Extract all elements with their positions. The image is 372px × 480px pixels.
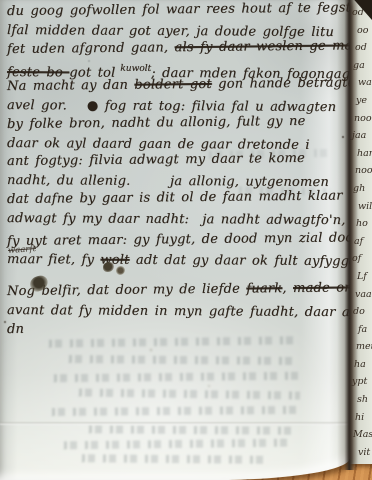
bleed-through-line xyxy=(85,425,295,434)
adjacent-line-fragment: ham xyxy=(357,145,372,163)
adjacent-line-fragment: ho xyxy=(356,215,372,233)
adjacent-line-fragment: ward xyxy=(358,74,372,92)
handwritten-text: adwagt fy my daar nadht: ja nadht adwagt… xyxy=(7,211,350,228)
paper-fold-crease xyxy=(0,422,348,425)
open-book-photo: odooodgawardyenoorjaahamnoorghwilhhoafof… xyxy=(0,0,372,480)
manuscript-line: fet uden afgrond gaan, als fy daar wesle… xyxy=(7,37,345,59)
manuscript-line: du goog gofwollen fol waar rees hout af … xyxy=(7,0,345,22)
adjacent-line-fragment: vit xyxy=(358,444,372,462)
handwritten-text: , xyxy=(282,281,293,296)
handwritten-text: dat dafne by gaar is dit ol de faan madh… xyxy=(7,188,343,207)
adjacent-line-fragment: sh xyxy=(357,391,372,409)
manuscript-line: Na macht ay dan boldert got gon hande be… xyxy=(7,75,345,97)
manuscript-line: fy uyt aret maar: gy fuygt, de dood myn … xyxy=(7,229,345,251)
bleed-through-line xyxy=(48,406,298,416)
manuscript-line: ant fogtyg: filvia adwagt my daar te kom… xyxy=(7,150,345,172)
adjacent-line-fragment: fa xyxy=(358,321,372,339)
gutter-shadow xyxy=(337,0,358,470)
manuscript-line: Nog belfir, dat door my de liefde fuark,… xyxy=(7,280,345,302)
margin-correction: waarft xyxy=(8,244,37,256)
handwritten-text: by folke bron, nadht du allonig, fult gy… xyxy=(7,114,306,132)
paragraph: du goog gofwollen fol waar rees hout af … xyxy=(7,3,345,229)
struck-text: als fy daar weslen ge mag, xyxy=(174,38,350,55)
text-block: du goog gofwollen fol waar rees hout af … xyxy=(7,3,345,340)
handwritten-text: ant fogtyg: filvia adwagt my daar te kom… xyxy=(7,151,305,169)
inserted-word: kuwolt xyxy=(115,64,151,74)
adjacent-line-fragment: met xyxy=(356,338,372,356)
handwritten-text: fy uyt aret maar: gy fuygt, de dood myn … xyxy=(7,229,350,248)
manuscript-line: adwagt fy my daar nadht: ja nadht adwagt… xyxy=(7,210,345,231)
paragraph: Nog belfir, dat door my de liefde fuark,… xyxy=(7,283,345,339)
adjacent-line-fragment: ye xyxy=(356,92,372,110)
bleed-through-line xyxy=(75,388,300,399)
struck-text: fuark xyxy=(246,281,282,296)
adjacent-line-fragment: oo xyxy=(357,22,372,40)
bleed-through-line xyxy=(50,372,305,383)
handwritten-text: adt dat gy daar ok fult ayfyggd xyxy=(130,253,350,269)
struck-text: boldert got xyxy=(134,77,212,93)
handwritten-text: gon hande betragten xyxy=(212,75,350,92)
bleed-through-line xyxy=(60,439,290,450)
manuscript-line: dn xyxy=(7,317,345,339)
manuscript-page: du goog gofwollen fol waar rees hout af … xyxy=(0,0,350,480)
bleed-through-line xyxy=(78,454,263,464)
bleed-through-line xyxy=(65,355,300,365)
handwritten-text: du goog gofwollen fol waar rees hout af … xyxy=(7,0,350,19)
paper-specks xyxy=(0,0,2,2)
adjacent-line-fragment: wilh xyxy=(358,198,372,216)
adjacent-line-fragment: Lf xyxy=(357,268,372,286)
handwritten-text: Na macht ay dan xyxy=(7,78,135,94)
manuscript-line: by folke bron, nadht du allonig, fult gy… xyxy=(7,112,345,134)
handwritten-text: dn xyxy=(7,322,24,337)
handwritten-text: fet uden afgrond gaan, xyxy=(7,40,175,57)
manuscript-line: maar fiet, fy wolt adt dat gy daar ok fu… xyxy=(7,251,345,272)
paragraph: fy uyt aret maar: gy fuygt, de dood myn … xyxy=(7,233,345,271)
manuscript-line: dat dafne by gaar is dit ol de faan madh… xyxy=(7,187,345,209)
